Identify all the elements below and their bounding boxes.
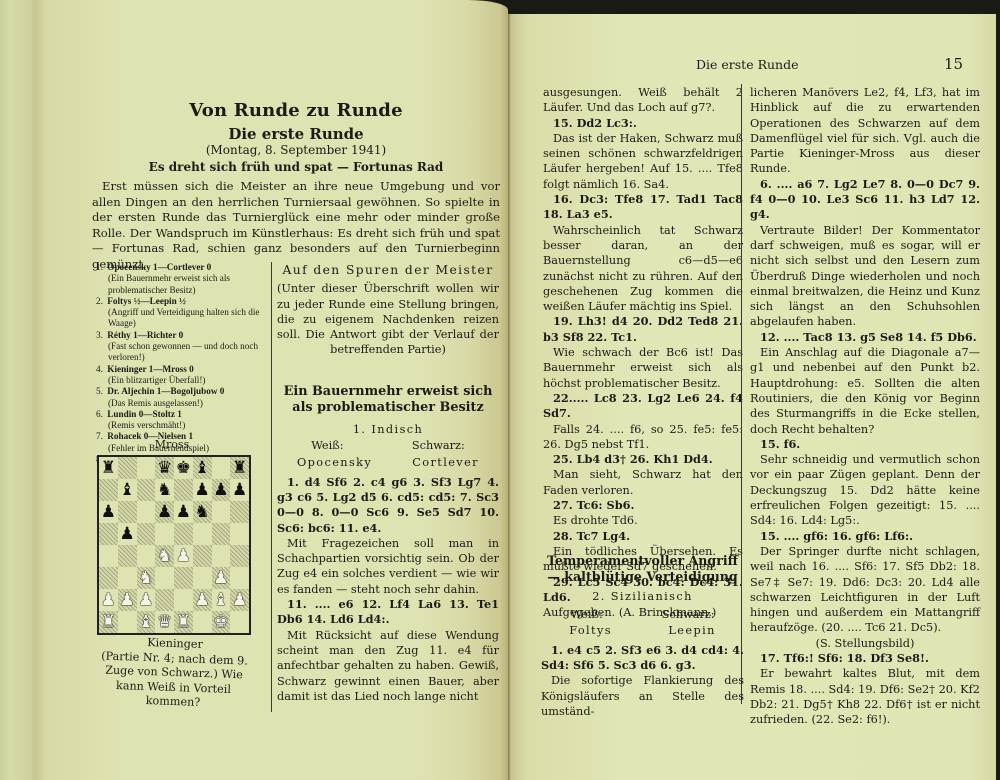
white-knight-icon: ♞ — [138, 570, 153, 587]
board-square — [99, 567, 118, 589]
white-bishop-icon: ♝ — [138, 614, 153, 631]
game2-opening: 2. Sizilianisch — [541, 589, 744, 604]
game2-heading: Temperamentvoller Angriff — kaltblütige … — [541, 553, 744, 585]
board-square — [193, 523, 212, 545]
board-square: ♞ — [155, 479, 174, 501]
white-rook-icon: ♜ — [176, 614, 191, 631]
board-square: ♜ — [99, 611, 118, 633]
result-note: (Das Remis ausgelassen!) — [96, 398, 266, 409]
board-square — [174, 589, 193, 611]
board-square: ♚ — [174, 457, 193, 479]
chess-board: ♜♛♚♝♜♝♞♟♟♟♟♟♟♞♟♞♟♞♟♟♟♟♟♝♟♜♝♛♜♚ — [97, 455, 251, 635]
intro-paragraph: Erst müssen sich die Meister an ihre neu… — [92, 179, 500, 272]
result-pairing: Foltys ½—Leepin ½ — [107, 296, 186, 306]
black-pawn-icon: ♟ — [176, 504, 191, 521]
board-square: ♟ — [118, 589, 137, 611]
box-text: (Unter dieser Überschrift wollen wir zu … — [277, 281, 499, 357]
round-title: Die erste Runde — [92, 127, 500, 142]
move-sequence: 15. f6. — [750, 437, 980, 452]
commentary-paragraph: Er bewahrt kaltes Blut, mit dem Remis 18… — [750, 666, 980, 727]
board-square: ♟ — [230, 589, 249, 611]
commentary-paragraph: Das ist der Haken, Schwarz muß seinen sc… — [543, 131, 743, 192]
board-square: ♛ — [155, 457, 174, 479]
board-square — [118, 611, 137, 633]
white-player: Opocensky — [297, 455, 372, 470]
board-square — [155, 589, 174, 611]
white-pawn-icon: ♟ — [213, 570, 228, 587]
game1-comment-1: Mit Fragezeichen soll man in Schachparti… — [277, 536, 499, 597]
page-title: Von Runde zu Runde — [92, 103, 500, 118]
black-queen-icon: ♛ — [157, 460, 172, 477]
board-square: ♟ — [155, 501, 174, 523]
board-square — [99, 523, 118, 545]
board-square: ♚ — [212, 611, 231, 633]
commentary-paragraph: Es drohte Td6. — [543, 513, 743, 528]
board-square: ♞ — [137, 567, 156, 589]
black-player: Leepin — [668, 623, 715, 638]
running-head: Die erste Runde — [696, 57, 798, 72]
board-square — [137, 479, 156, 501]
board-square — [212, 501, 231, 523]
game1-heading: Ein Bauernmehr erweist sich als problema… — [277, 384, 499, 417]
result-number: 2. — [96, 296, 105, 307]
move-sequence: 15. .... gf6: 16. gf6: Lf6:. — [750, 529, 980, 544]
open-book: Von Runde zu Runde Die erste Runde (Mont… — [0, 0, 1000, 780]
white-queen-icon: ♛ — [157, 614, 172, 631]
black-pawn-icon: ♟ — [195, 482, 210, 499]
board-square: ♟ — [230, 479, 249, 501]
black-pawn-icon: ♟ — [120, 526, 135, 543]
game2-moves-1: 1. e4 c5 2. Sf3 e6 3. d4 cd4: 4. Sd4: Sf… — [541, 643, 744, 674]
board-square — [212, 457, 231, 479]
black-label: Schwarz: — [662, 607, 715, 622]
black-rook-icon: ♜ — [101, 460, 116, 477]
result-item: 1. Opocensky 1—Cortlever 0(Ein Bauernmeh… — [96, 262, 266, 296]
board-square — [230, 545, 249, 567]
round-date: (Montag, 8. September 1941) — [92, 143, 500, 158]
result-note: (Fast schon gewonnen — und doch noch ver… — [96, 341, 266, 364]
black-pawn-icon: ♟ — [157, 504, 172, 521]
board-square — [230, 611, 249, 633]
game2-players: Foltys Leepin — [541, 623, 744, 638]
white-pawn-icon: ♟ — [232, 592, 247, 609]
board-square — [193, 567, 212, 589]
black-pawn-icon: ♟ — [213, 482, 228, 499]
board-square: ♛ — [155, 611, 174, 633]
board-square: ♜ — [99, 457, 118, 479]
result-number: 6. — [96, 409, 105, 420]
board-square: ♟ — [99, 589, 118, 611]
result-number: 5. — [96, 386, 105, 397]
result-number: 1. — [96, 262, 105, 273]
result-pairing: Opocensky 1—Cortlever 0 — [107, 262, 211, 272]
board-square — [174, 523, 193, 545]
board-square — [137, 457, 156, 479]
board-square: ♝ — [137, 611, 156, 633]
board-square — [230, 501, 249, 523]
result-pairing: Lundin 0—Stoltz 1 — [107, 409, 182, 419]
commentary-paragraph: Vertraute Bilder! Der Kommentator darf s… — [750, 223, 980, 330]
white-pawn-icon: ♟ — [120, 592, 135, 609]
board-square: ♟ — [193, 589, 212, 611]
board-square — [118, 567, 137, 589]
black-bishop-icon: ♝ — [195, 460, 210, 477]
black-rook-icon: ♜ — [232, 460, 247, 477]
game1-moves-2: 11. .... e6 12. Lf4 La6 13. Te1 Db6 14. … — [277, 597, 499, 628]
result-item: 5. Dr. Aljechin 1—Bogoljubow 0(Das Remis… — [96, 386, 266, 409]
white-king-icon: ♚ — [213, 614, 228, 631]
board-square: ♟ — [212, 567, 231, 589]
box-heading: Auf den Spuren der Meister — [277, 263, 499, 278]
white-knight-icon: ♞ — [157, 548, 172, 565]
board-square: ♟ — [99, 501, 118, 523]
board-square — [99, 479, 118, 501]
white-label: Weiß: — [311, 438, 343, 453]
board-square — [230, 523, 249, 545]
game2-colors: Weiß: Schwarz: — [541, 607, 744, 622]
board-square: ♞ — [155, 545, 174, 567]
black-pawn-icon: ♟ — [232, 482, 247, 499]
board-square — [118, 501, 137, 523]
board-square — [174, 567, 193, 589]
board-square — [118, 457, 137, 479]
board-square — [193, 545, 212, 567]
board-square — [99, 545, 118, 567]
left-header: Von Runde zu Runde Die erste Runde (Mont… — [92, 103, 500, 272]
move-sequence: 15. Dd2 Lc3:. — [543, 116, 743, 131]
result-item: 6. Lundin 0—Stoltz 1(Remis verschmäht!) — [96, 409, 266, 432]
game1-comment-2: Mit Rücksicht auf diese Wendung scheint … — [277, 628, 499, 704]
board-square: ♟ — [193, 479, 212, 501]
board-square: ♟ — [174, 501, 193, 523]
black-knight-icon: ♞ — [157, 482, 172, 499]
board-square — [155, 523, 174, 545]
board-square — [137, 545, 156, 567]
commentary-paragraph: Wahrscheinlich tat Schwarz besser daran,… — [543, 223, 743, 315]
board-square — [230, 567, 249, 589]
board-square: ♝ — [193, 457, 212, 479]
game2-comment-1: Die sofortige Flankierung des Königsläuf… — [541, 673, 744, 719]
board-square: ♝ — [212, 589, 231, 611]
white-bishop-icon: ♝ — [213, 592, 228, 609]
chess-diagram: Mross ♜♛♚♝♜♝♞♟♟♟♟♟♟♞♟♞♟♞♟♟♟♟♟♝♟♜♝♛♜♚ — [97, 455, 247, 637]
white-pawn-icon: ♟ — [138, 592, 153, 609]
board-square — [212, 523, 231, 545]
board-square: ♟ — [212, 479, 231, 501]
move-sequence: 19. Lh3! d4 20. Dd2 Ted8 21. b3 Sf8 22. … — [543, 314, 743, 345]
move-sequence: 22..... Lc8 23. Lg2 Le6 24. f4 Sd7. — [543, 391, 743, 422]
result-note: (Ein blitzartiger Überfall!) — [96, 375, 266, 386]
board-square: ♝ — [118, 479, 137, 501]
commentary-paragraph: Sehr schneidig und vermutlich schon vor … — [750, 452, 980, 528]
commentary-paragraph: Man sieht, Schwarz hat den Faden verlore… — [543, 467, 743, 498]
board-square: ♟ — [118, 523, 137, 545]
move-sequence: 17. Tf6:! Sf6: 18. Df3 Se8!. — [750, 651, 980, 666]
result-item: 4. Kieninger 1—Mross 0(Ein blitzartiger … — [96, 364, 266, 387]
board-square: ♟ — [137, 589, 156, 611]
black-player: Cortlever — [412, 455, 479, 470]
white-pawn-icon: ♟ — [195, 592, 210, 609]
white-player: Foltys — [569, 623, 612, 638]
result-item: 2. Foltys ½—Leepin ½(Angriff und Verteid… — [96, 296, 266, 330]
result-number: 4. — [96, 364, 105, 375]
column-divider — [271, 262, 272, 712]
black-bishop-icon: ♝ — [120, 482, 135, 499]
black-knight-icon: ♞ — [195, 504, 210, 521]
result-note: (Remis verschmäht!) — [96, 420, 266, 431]
right-page-column-1: ausgesungen. Weiß behält 2 Läufer. Und d… — [543, 85, 743, 620]
game2-block: Temperamentvoller Angriff — kaltblütige … — [541, 553, 744, 719]
result-pairing: Réthy 1—Richter 0 — [107, 330, 183, 340]
move-sequence: 25. Lb4 d3† 26. Kh1 Dd4. — [543, 452, 743, 467]
diagram-caption: (Partie Nr. 4; nach dem 9. Zuge von Schw… — [89, 649, 259, 713]
white-pawn-icon: ♟ — [176, 548, 191, 565]
diagram-caption-block: Kieninger (Partie Nr. 4; nach dem 9. Zug… — [89, 634, 259, 712]
commentary-paragraph: ausgesungen. Weiß behält 2 Läufer. Und d… — [543, 85, 743, 116]
black-pawn-icon: ♟ — [101, 504, 116, 521]
left-page: Von Runde zu Runde Die erste Runde (Mont… — [0, 0, 508, 780]
game1-moves-1: 1. d4 Sf6 2. c4 g6 3. Sf3 Lg7 4. g3 c6 5… — [277, 475, 499, 536]
result-pairing: Kieninger 1—Mross 0 — [107, 364, 193, 374]
result-number: 3. — [96, 330, 105, 341]
move-sequence: 16. Dc3: Tfe8 17. Tad1 Tac8 18. La3 e5. — [543, 192, 743, 223]
game1-opening: 1. Indisch — [277, 422, 499, 437]
move-sequence: 28. Tc7 Lg4. — [543, 529, 743, 544]
diagram-top-player: Mross — [97, 438, 247, 451]
commentary-paragraph: Der Springer durfte nicht schlagen, weil… — [750, 544, 980, 636]
board-square: ♜ — [174, 611, 193, 633]
black-label: Schwarz: — [412, 438, 465, 453]
right-page-column-2: licheren Manövers Le2, f4, Lf3, hat im H… — [750, 85, 980, 727]
white-pawn-icon: ♟ — [101, 592, 116, 609]
move-sequence: 6. .... a6 7. Lg2 Le7 8. 0—0 Dc7 9. f4 0… — [750, 177, 980, 223]
right-column-left-page: Auf den Spuren der Meister (Unter dieser… — [277, 263, 499, 704]
game1-players: Opocensky Cortlever — [277, 455, 499, 470]
board-square — [174, 479, 193, 501]
commentary-paragraph: Ein Anschlag auf die Diagonale a7—g1 und… — [750, 345, 980, 437]
board-square: ♟ — [174, 545, 193, 567]
board-square — [137, 523, 156, 545]
board-square — [193, 611, 212, 633]
white-label: Weiß: — [570, 607, 602, 622]
result-item: 3. Réthy 1—Richter 0(Fast schon gewonnen… — [96, 330, 266, 364]
board-square — [137, 501, 156, 523]
round-motto: Es dreht sich früh und spat — Fortunas R… — [92, 160, 500, 175]
diagram-reference: (S. Stellungsbild) — [750, 636, 980, 651]
game1-colors: Weiß: Schwarz: — [277, 438, 499, 453]
board-square — [212, 545, 231, 567]
result-pairing: Dr. Aljechin 1—Bogoljubow 0 — [107, 386, 224, 396]
black-king-icon: ♚ — [176, 460, 191, 477]
move-sequence: 27. Tc6: Sb6. — [543, 498, 743, 513]
white-rook-icon: ♜ — [101, 614, 116, 631]
page-number: 15 — [944, 55, 963, 73]
result-note: (Angriff und Verteidigung halten sich di… — [96, 307, 266, 330]
board-square — [118, 545, 137, 567]
commentary-paragraph: Falls 24. .... f6, so 25. fe5: fe5: 26. … — [543, 422, 743, 453]
board-square — [155, 567, 174, 589]
commentary-paragraph: Wie schwach der Bc6 ist! Das Bauernmehr … — [543, 345, 743, 391]
board-square: ♞ — [193, 501, 212, 523]
board-square: ♜ — [230, 457, 249, 479]
move-sequence: 12. .... Tac8 13. g5 Se8 14. f5 Db6. — [750, 330, 980, 345]
result-note: (Ein Bauernmehr erweist sich als problem… — [96, 273, 266, 296]
commentary-paragraph: licheren Manövers Le2, f4, Lf3, hat im H… — [750, 85, 980, 177]
